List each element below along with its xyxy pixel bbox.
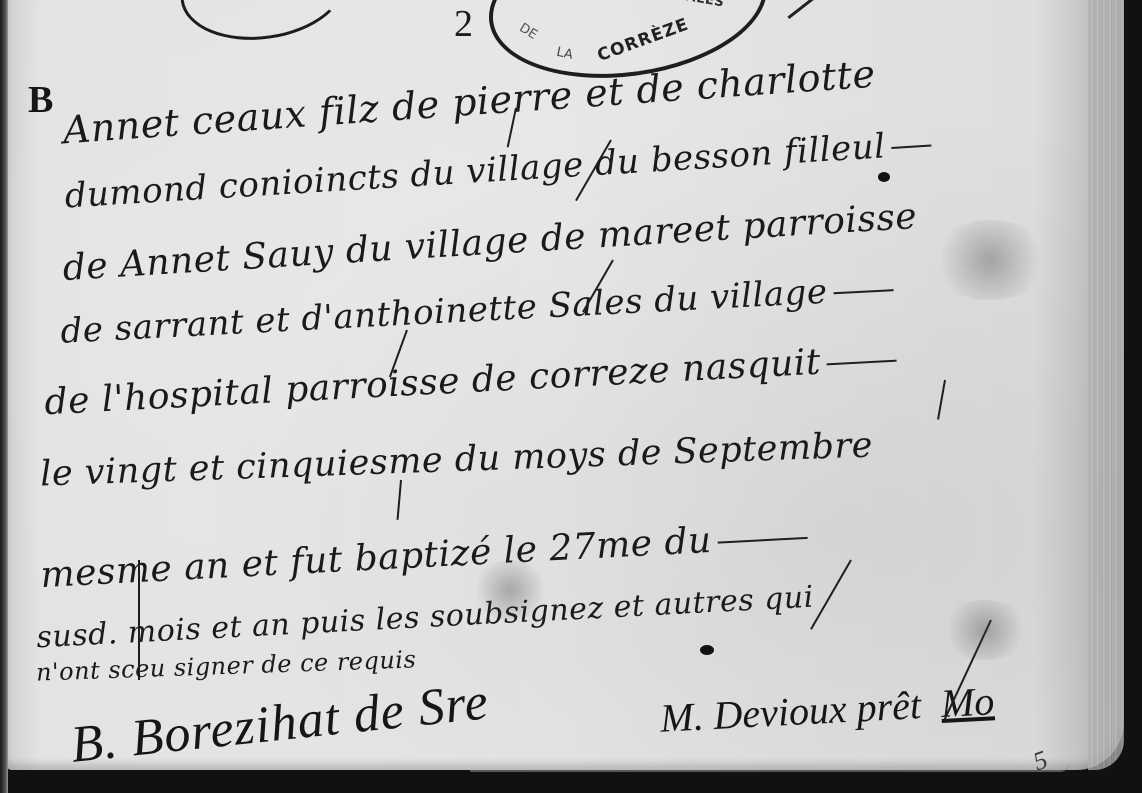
stamp-text-correze: CORRÈZE	[595, 14, 692, 66]
line-filler-rule	[718, 537, 808, 544]
page-bottom-edge	[470, 762, 1070, 772]
paper-smudge	[940, 600, 1030, 660]
ink-blot	[700, 645, 714, 655]
folio-number: 2	[454, 2, 473, 46]
page-binding-edge	[1088, 0, 1124, 770]
stamp-text-de: DE	[516, 20, 539, 42]
stamp-text-top: ...MENTALES	[627, 0, 726, 11]
ink-bracket-stroke	[138, 560, 140, 680]
margin-baptism-mark: B	[28, 78, 53, 122]
paper-smudge	[470, 560, 550, 620]
page-left-edge	[0, 0, 8, 793]
stamp-text-la: LA	[555, 45, 574, 63]
line-filler-rule	[891, 144, 931, 148]
line-filler-rule	[827, 360, 897, 366]
line-filler-rule	[833, 289, 893, 294]
signature-paraph: Mo	[940, 678, 996, 726]
scanned-document: 2 ...MENTALES DE LA CORRÈZE B Annet ceau…	[0, 0, 1142, 793]
ink-blot	[878, 172, 890, 182]
paper-smudge	[930, 220, 1050, 300]
